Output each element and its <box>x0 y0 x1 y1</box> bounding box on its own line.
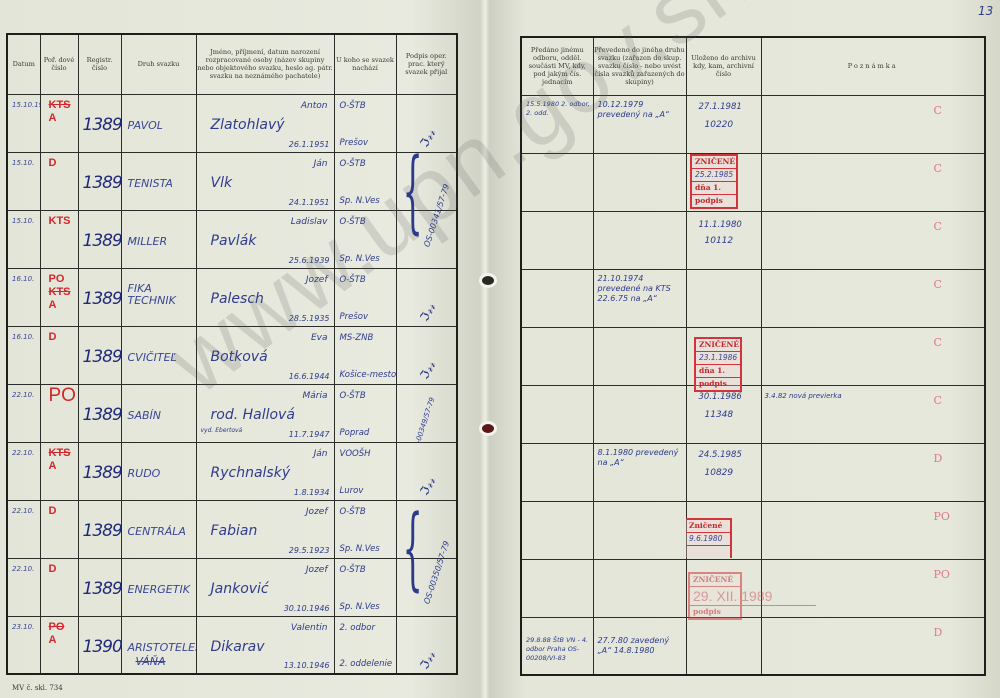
date-text: 15.10.1974 <box>12 101 40 109</box>
margin-mark: C <box>934 220 942 233</box>
holder-cell: O-ŠTBSp. N.Ves <box>334 500 396 558</box>
table-row: C <box>521 153 985 211</box>
category-mark: PO <box>49 621 65 633</box>
category-marks: D <box>49 157 57 170</box>
header-sequence-no: Poř. dové číslo <box>40 34 78 94</box>
registration-cell: 13896 <box>78 384 121 442</box>
handed-over-cell <box>521 211 593 269</box>
holder-place: Sp. N.Ves <box>340 196 380 206</box>
cover-name: RUDO <box>128 467 161 480</box>
register-table-right: Předáno jinému odboru, odděl. součásti M… <box>520 36 986 676</box>
holder-unit: VOOŠH <box>340 449 371 459</box>
sequence-cell: KTS <box>40 210 78 268</box>
date-text: 22.10. <box>12 565 34 573</box>
archived-cell: 24.5.198510829 <box>686 443 761 501</box>
category-marks: POA <box>49 621 65 647</box>
note-cell: PO <box>761 501 985 559</box>
date-of-birth: 16.6.1944 <box>289 372 330 381</box>
holder-cell: O-ŠTBSp. N.Ves <box>334 558 396 616</box>
table-row: 30.1.1986113483.4.82 nová previerkaC <box>521 385 985 443</box>
registration-number: 13898 <box>83 521 122 541</box>
category-marks: KTSA <box>49 99 71 125</box>
table-row: 21.10.1974 prevedené na KTS 22.6.75 na „… <box>521 269 985 327</box>
file-reference: OS-00349/57-79 <box>411 396 436 442</box>
stamp-day: dňa 1. <box>696 365 740 378</box>
registration-number: 13894 <box>83 289 122 309</box>
signature-scrawl: ℑ𝓇𝓇 <box>417 301 439 324</box>
converted-text: 8.1.1980 prevedený na „A“ <box>598 448 684 468</box>
cover-name: MILLER <box>128 235 168 248</box>
file-type-cell: MILLER <box>121 210 196 268</box>
handed-over-text: 15.5.1980 2. odbor, 2. odd. <box>526 100 592 118</box>
table-row: 22.10.KTSA13897RUDOJánRychnalský1.8.1934… <box>7 442 457 500</box>
cover-name: SABÍN <box>128 409 162 422</box>
stamp-signature: podpis <box>692 195 736 207</box>
date-of-birth: 30.10.1946 <box>284 604 330 613</box>
stamp-date: 25.2.1985 <box>692 169 736 182</box>
archived-cell: 27.1.198110220 <box>686 95 761 153</box>
holder-place: 2. oddelenie <box>340 659 393 669</box>
sequence-cell: D <box>40 558 78 616</box>
registration-number: 13900 <box>83 637 122 657</box>
header-holder: U koho se svazek nachází <box>334 34 396 94</box>
category-mark: A <box>49 460 57 472</box>
registration-number: 13899 <box>83 579 122 599</box>
category-mark: A <box>49 634 57 646</box>
person-cell: EvaBotková16.6.1944 <box>196 326 334 384</box>
surname-note: vyd. Ebertová <box>201 427 243 434</box>
holder-place: Sp. N.Ves <box>340 544 380 554</box>
margin-mark: C <box>934 162 942 175</box>
note-cell: D <box>761 443 985 501</box>
header-converted: Převedeno do jiného druhu svazku (zařaze… <box>593 37 686 95</box>
registration-number: 13891 <box>83 115 122 135</box>
signature-scrawl: ℑ𝓇𝓇 <box>417 649 439 672</box>
table-row: 8.1.1980 prevedený na „A“24.5.198510829D <box>521 443 985 501</box>
file-type-cell: ARISTOTELESVÁŇA <box>121 616 196 674</box>
category-marks: PO <box>49 389 76 402</box>
registration-number: 13897 <box>83 463 122 483</box>
holder-place: Prešov <box>340 138 369 148</box>
signature-scrawl: ℑ𝓇𝓇 <box>417 475 439 498</box>
converted-cell <box>593 153 686 211</box>
margin-mark: D <box>934 626 943 639</box>
person-cell: JánRychnalský1.8.1934 <box>196 442 334 500</box>
registration-number: 13896 <box>83 405 122 425</box>
header-signature: Podpis oper. prac. který svazek přijal <box>396 34 457 94</box>
surname: Palesch <box>211 291 264 307</box>
note-cell: C <box>761 95 985 153</box>
category-mark: KTS <box>49 99 71 111</box>
converted-cell: 27.7.80 zavedený „A“ 14.8.1980 <box>593 617 686 675</box>
person-cell: Máriarod. Hallovávyd. Ebertová11.7.1947 <box>196 384 334 442</box>
date-text: 16.10. <box>12 333 34 341</box>
table-row: 22.10.D13898CENTRÁLAJozefFabian29.5.1923… <box>7 500 457 558</box>
holder-cell: O-ŠTBPoprad <box>334 384 396 442</box>
converted-cell: 8.1.1980 prevedený na „A“ <box>593 443 686 501</box>
signature-cell: ℑ𝓇𝓇 <box>396 442 457 500</box>
table-row: 15.10.D13892TENISTAJánVlk24.1.1951O-ŠTBS… <box>7 152 457 210</box>
given-name: Eva <box>311 333 328 343</box>
cover-name: CVIČITEĽ <box>128 351 177 364</box>
stamp-day: dňa 1. <box>692 182 736 195</box>
date-cell: 16.10. <box>7 268 40 326</box>
surname: Janković <box>211 581 269 597</box>
archive-date: 24.5.1985 <box>699 450 742 460</box>
archived-cell <box>686 617 761 675</box>
stamp-date: 23.1.1986 <box>696 352 740 365</box>
destroyed-stamp: ZNIČENÉ29. XII. 1989podpis <box>688 572 742 620</box>
holder-cell: O-ŠTBPrešov <box>334 268 396 326</box>
file-type-cell: RUDO <box>121 442 196 500</box>
category-mark: A <box>49 112 57 124</box>
cover-name: ARISTOTELES <box>128 641 197 654</box>
handed-over-cell <box>521 443 593 501</box>
given-name: Jozef <box>306 275 328 285</box>
person-cell: JozefPalesch28.5.1935 <box>196 268 334 326</box>
signature-cell: OS-00349/57-79 <box>396 384 457 442</box>
holder-place: Sp. N.Ves <box>340 254 380 264</box>
staple-hole-bottom <box>482 424 494 433</box>
cover-name: ENERGETIK <box>128 583 190 596</box>
surname: Rychnalský <box>211 465 291 481</box>
margin-mark: PO <box>934 510 950 523</box>
date-of-birth: 13.10.1946 <box>284 661 330 670</box>
table-row: 16.10.D13895CVIČITEĽEvaBotková16.6.1944M… <box>7 326 457 384</box>
margin-mark: C <box>934 394 942 407</box>
signature-cell: ℑ𝓇𝓇 <box>396 326 457 384</box>
handed-over-text: 29.8.88 ŠtB VN - 4. odbor Praha OS-00208… <box>526 636 592 663</box>
date-of-birth: 24.1.1951 <box>289 198 330 207</box>
holder-place: Košice-mesto <box>340 370 397 380</box>
holder-cell: VOOŠHLurov <box>334 442 396 500</box>
destroyed-stamp: Zničené9.6.1980 <box>686 518 732 558</box>
header-registration-no: Registr. číslo <box>78 34 121 94</box>
table-row: C <box>521 327 985 385</box>
holder-unit: O-ŠTB <box>340 391 366 401</box>
holder-unit: O-ŠTB <box>340 565 366 575</box>
date-cell: 15.10. <box>7 152 40 210</box>
archive-number: 11348 <box>705 410 734 420</box>
category-mark: KTS <box>49 447 71 459</box>
cover-name: PAVOL <box>128 119 163 132</box>
date-of-birth: 11.7.1947 <box>289 430 330 439</box>
registration-cell: 13894 <box>78 268 121 326</box>
header-person-name: Jméno, příjmení, datum narození rozpraco… <box>196 34 334 94</box>
given-name: Jozef <box>306 565 328 575</box>
person-cell: ValentinDikarav13.10.1946 <box>196 616 334 674</box>
date-text: 22.10. <box>12 449 34 457</box>
archived-cell: 11.1.198010112 <box>686 211 761 269</box>
date-cell: 22.10. <box>7 558 40 616</box>
surname: Vlk <box>211 175 233 191</box>
date-cell: 16.10. <box>7 326 40 384</box>
table-row: 23.10.POA13900ARISTOTELESVÁŇAValentinDik… <box>7 616 457 674</box>
date-of-birth: 29.5.1923 <box>289 546 330 555</box>
table-row: 15.10.1974KTSA13891PAVOLAntonZlatohlavý2… <box>7 94 457 152</box>
destroyed-stamp: ZNIČENÉ23.1.1986dňa 1.podpis <box>694 337 742 392</box>
holder-place: Lurov <box>340 486 364 496</box>
given-name: Ján <box>314 159 328 169</box>
date-text: 22.10. <box>12 507 34 515</box>
registration-number: 13892 <box>83 173 122 193</box>
sequence-cell: PO <box>40 384 78 442</box>
date-of-birth: 1.8.1934 <box>294 488 330 497</box>
registration-cell: 13891 <box>78 94 121 152</box>
person-cell: JánVlk24.1.1951 <box>196 152 334 210</box>
holder-unit: 2. odbor <box>340 623 376 633</box>
handed-over-cell <box>521 153 593 211</box>
file-type-cell: TENISTA <box>121 152 196 210</box>
holder-unit: MS-ZNB <box>340 333 374 343</box>
holder-cell: O-ŠTBPrešov <box>334 94 396 152</box>
table-row: PO <box>521 501 985 559</box>
handed-over-cell: 15.5.1980 2. odbor, 2. odd. <box>521 95 593 153</box>
holder-unit: O-ŠTB <box>340 159 366 169</box>
given-name: Valentin <box>291 623 328 633</box>
converted-text: 21.10.1974 prevedené na KTS 22.6.75 na „… <box>598 274 684 304</box>
stamp-signature: podpis <box>690 606 740 618</box>
stamp-title: ZNIČENÉ <box>692 156 736 169</box>
sequence-cell: D <box>40 500 78 558</box>
archive-number: 10829 <box>705 468 734 478</box>
file-type-cell: FIKA TECHNIK <box>121 268 196 326</box>
category-mark: KTS <box>49 215 71 227</box>
date-of-birth: 26.1.1951 <box>289 140 330 149</box>
page-number: 13 <box>978 4 993 18</box>
signature-cell: ℑ𝓇𝓇 <box>396 268 457 326</box>
margin-mark: C <box>934 336 942 349</box>
handed-over-cell <box>521 501 593 559</box>
converted-cell <box>593 501 686 559</box>
cover-name: FIKA TECHNIK <box>128 283 178 307</box>
holder-cell: O-ŠTBSp. N.Ves <box>334 152 396 210</box>
stamp-date: 9.6.1980 <box>686 533 730 546</box>
handed-over-cell <box>521 269 593 327</box>
given-name: Ján <box>314 449 328 459</box>
category-mark: D <box>49 505 57 517</box>
bracket-brace: { <box>403 496 423 601</box>
person-cell: LadislavPavlák25.6.1939 <box>196 210 334 268</box>
category-mark: A <box>49 299 57 311</box>
given-name: Mária <box>303 391 328 401</box>
holder-unit: O-ŠTB <box>340 275 366 285</box>
date-cell: 23.10. <box>7 616 40 674</box>
given-name: Ladislav <box>291 217 328 227</box>
holder-place: Prešov <box>340 312 369 322</box>
surname: rod. Hallová <box>211 407 295 423</box>
stamp-signature <box>686 546 730 558</box>
given-name: Jozef <box>306 507 328 517</box>
sequence-cell: POKTSA <box>40 268 78 326</box>
margin-mark: C <box>934 278 942 291</box>
register-table-left: Datum Poř. dové číslo Registr. číslo Dru… <box>6 33 458 675</box>
table-row: 29.8.88 ŠtB VN - 4. odbor Praha OS-00208… <box>521 617 985 675</box>
signature-cell: ℑ𝓇𝓇 <box>396 616 457 674</box>
table-row: 22.10.D13899ENERGETIKJozefJanković30.10.… <box>7 558 457 616</box>
archived-cell: 30.1.198611348 <box>686 385 761 443</box>
date-cell: 15.10.1974 <box>7 94 40 152</box>
header-handed-over: Předáno jinému odboru, odděl. součásti M… <box>521 37 593 95</box>
file-type-cell: CENTRÁLA <box>121 500 196 558</box>
note-cell: C <box>761 327 985 385</box>
holder-cell: MS-ZNBKošice-mesto <box>334 326 396 384</box>
category-mark: D <box>49 563 57 575</box>
margin-mark: D <box>934 452 943 465</box>
registration-number: 13893 <box>83 231 122 251</box>
handed-over-cell <box>521 385 593 443</box>
date-cell: 15.10. <box>7 210 40 268</box>
form-code: MV č. skl. 734 <box>12 684 63 692</box>
date-cell: 22.10. <box>7 500 40 558</box>
registration-number: 13895 <box>83 347 122 367</box>
note-cell: D <box>761 617 985 675</box>
registration-cell: 13899 <box>78 558 121 616</box>
sequence-cell: KTSA <box>40 442 78 500</box>
file-type-cell: ENERGETIK <box>121 558 196 616</box>
signature-scrawl: ℑ𝓇𝓇 <box>417 359 439 382</box>
registration-cell: 13898 <box>78 500 121 558</box>
staple-hole-top <box>482 276 494 285</box>
date-cell: 22.10. <box>7 442 40 500</box>
converted-cell: 21.10.1974 prevedené na KTS 22.6.75 na „… <box>593 269 686 327</box>
table-row: 11.1.198010112C <box>521 211 985 269</box>
holder-cell: O-ŠTBSp. N.Ves <box>334 210 396 268</box>
person-cell: JozefJanković30.10.1946 <box>196 558 334 616</box>
date-text: 22.10. <box>12 391 34 399</box>
registration-cell: 13895 <box>78 326 121 384</box>
category-mark: D <box>49 331 57 343</box>
category-mark: PO <box>49 273 65 285</box>
holder-unit: O-ŠTB <box>340 217 366 227</box>
cover-name: CENTRÁLA <box>128 525 186 538</box>
date-text: 15.10. <box>12 159 34 167</box>
sequence-cell: D <box>40 152 78 210</box>
table-row: 15.10.KTS13893MILLERLadislavPavlák25.6.1… <box>7 210 457 268</box>
header-date: Datum <box>7 34 40 94</box>
handed-over-cell <box>521 559 593 617</box>
surname: Botková <box>211 349 268 365</box>
holder-place: Sp. N.Ves <box>340 602 380 612</box>
category-mark: D <box>49 157 57 169</box>
margin-mark: PO <box>934 568 950 581</box>
table-row: 15.5.1980 2. odbor, 2. odd.10.12.1979 pr… <box>521 95 985 153</box>
destroyed-stamp: ZNIČENÉ25.2.1985dňa 1.podpis <box>690 154 738 209</box>
registration-cell: 13893 <box>78 210 121 268</box>
binding-gutter <box>480 0 490 698</box>
person-cell: JozefFabian29.5.1923 <box>196 500 334 558</box>
file-type-cell: SABÍN <box>121 384 196 442</box>
file-type-cell: CVIČITEĽ <box>121 326 196 384</box>
handed-over-cell: 29.8.88 ŠtB VN - 4. odbor Praha OS-00208… <box>521 617 593 675</box>
converted-cell: 10.12.1979 prevedený na „A“ <box>593 95 686 153</box>
cover-name-struck: VÁŇA <box>136 655 166 668</box>
stamp-date: 29. XII. 1989 <box>690 587 816 606</box>
cover-name: TENISTA <box>128 177 173 190</box>
bracket-brace: { <box>403 139 423 244</box>
category-marks: D <box>49 331 57 344</box>
sequence-cell: POA <box>40 616 78 674</box>
table-row: 16.10.POKTSA13894FIKA TECHNIKJozefPalesc… <box>7 268 457 326</box>
date-text: 15.10. <box>12 217 34 225</box>
header-file-type: Druh svazku <box>121 34 196 94</box>
converted-cell <box>593 327 686 385</box>
note-cell: 3.4.82 nová previerkaC <box>761 385 985 443</box>
surname: Dikarav <box>211 639 265 655</box>
surname: Fabian <box>211 523 258 539</box>
handed-over-cell <box>521 327 593 385</box>
category-marks: KTSA <box>49 447 71 473</box>
converted-cell <box>593 385 686 443</box>
converted-cell <box>593 559 686 617</box>
sequence-cell: KTSA <box>40 94 78 152</box>
sequence-cell: D <box>40 326 78 384</box>
margin-mark: C <box>934 104 942 117</box>
converted-text: 27.7.80 zavedený „A“ 14.8.1980 <box>598 636 684 656</box>
archive-number: 10220 <box>705 120 734 130</box>
given-name: Anton <box>301 101 328 111</box>
stamp-title: Zničené <box>686 520 730 533</box>
archive-number: 10112 <box>705 236 734 246</box>
person-cell: AntonZlatohlavý26.1.1951 <box>196 94 334 152</box>
date-of-birth: 28.5.1935 <box>289 314 330 323</box>
converted-cell <box>593 211 686 269</box>
registration-cell: 13897 <box>78 442 121 500</box>
stamp-title: ZNIČENÉ <box>696 339 740 352</box>
date-cell: 22.10. <box>7 384 40 442</box>
note-cell: C <box>761 153 985 211</box>
converted-text: 10.12.1979 prevedený na „A“ <box>598 100 684 120</box>
surname: Pavlák <box>211 233 257 249</box>
registration-cell: 13900 <box>78 616 121 674</box>
date-text: 23.10. <box>12 623 34 631</box>
category-mark: PO <box>49 385 76 406</box>
header-archived: Uloženo do archivu kdy, kam, archivní čí… <box>686 37 761 95</box>
category-marks: D <box>49 563 57 576</box>
note-text: 3.4.82 nová previerka <box>765 392 842 400</box>
stamp-signature: podpis <box>696 378 740 390</box>
archive-date: 11.1.1980 <box>699 220 742 230</box>
header-note: Poznámka <box>761 37 985 95</box>
archive-date: 30.1.1986 <box>699 392 742 402</box>
category-marks: POKTSA <box>49 273 71 312</box>
file-type-cell: PAVOL <box>121 94 196 152</box>
holder-unit: O-ŠTB <box>340 101 366 111</box>
surname: Zlatohlavý <box>211 117 285 133</box>
date-text: 16.10. <box>12 275 34 283</box>
date-of-birth: 25.6.1939 <box>289 256 330 265</box>
holder-place: Poprad <box>340 428 370 438</box>
holder-cell: 2. odbor2. oddelenie <box>334 616 396 674</box>
category-marks: KTS <box>49 215 71 228</box>
archive-date: 27.1.1981 <box>699 102 742 112</box>
stamp-title: ZNIČENÉ <box>690 574 740 587</box>
note-cell: C <box>761 269 985 327</box>
registration-cell: 13892 <box>78 152 121 210</box>
note-cell: C <box>761 211 985 269</box>
table-row: 22.10.PO13896SABÍNMáriarod. Hallovávyd. … <box>7 384 457 442</box>
archived-cell <box>686 269 761 327</box>
holder-unit: O-ŠTB <box>340 507 366 517</box>
category-marks: D <box>49 505 57 518</box>
category-mark: KTS <box>49 286 71 298</box>
